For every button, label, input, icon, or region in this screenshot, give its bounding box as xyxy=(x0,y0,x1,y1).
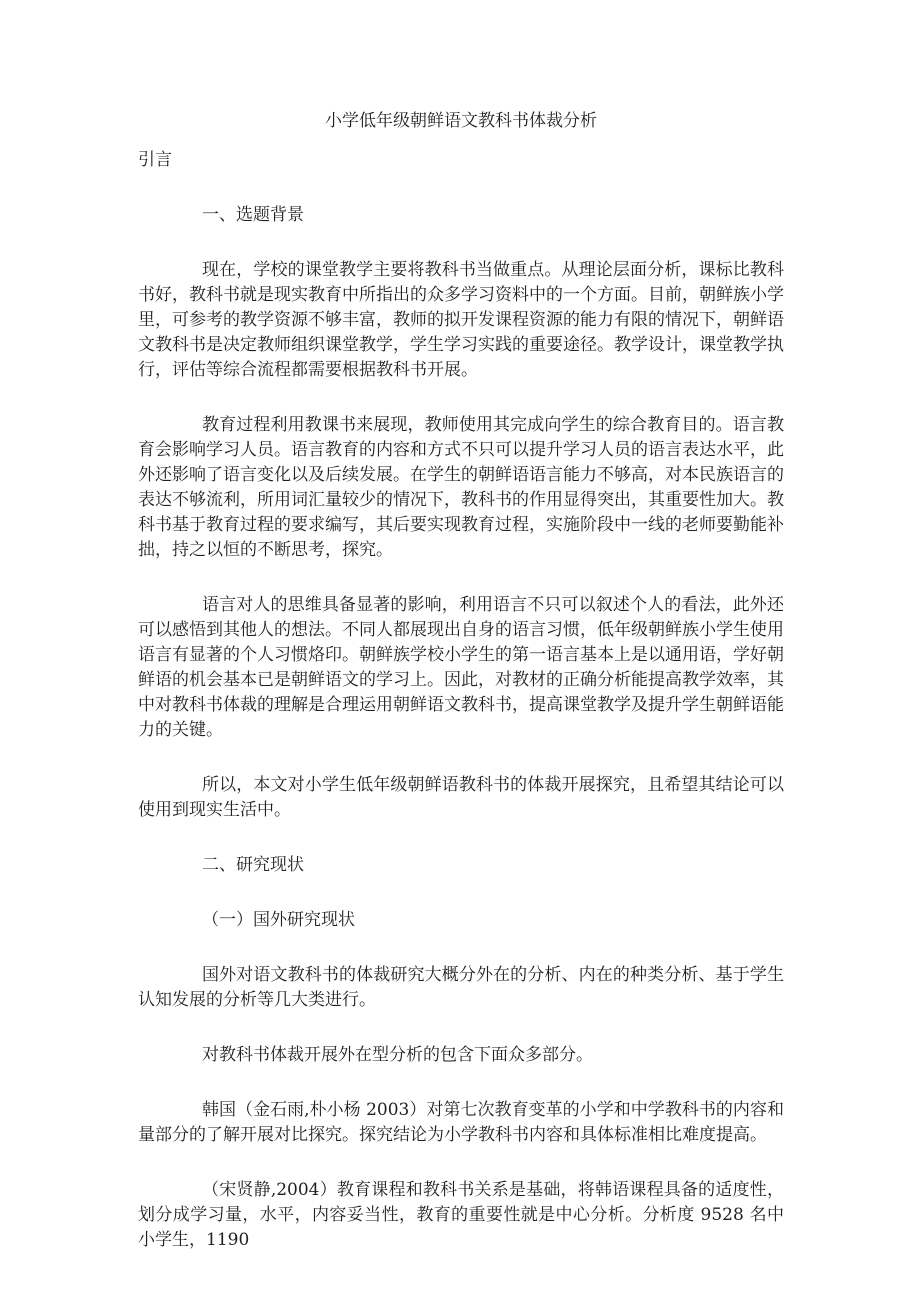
section-heading-1: 一、选题背景 xyxy=(138,203,784,228)
intro-label: 引言 xyxy=(138,148,784,173)
body-paragraph-3: 语言对人的思维具备显著的影响，利用语言不只可以叙述个人的看法，此外还可以感悟到其… xyxy=(138,593,784,743)
body-paragraph-4: 所以，本文对小学生低年级朝鲜语教科书的体裁开展探究，且希望其结论可以使用到现实生… xyxy=(138,773,784,823)
body-paragraph-7: 韩国（金石雨,朴小杨 2003）对第七次教育变革的小学和中学教科书的内容和量部分… xyxy=(138,1098,784,1148)
body-paragraph-5: 国外对语文教科书的体裁研究大概分外在的分析、内在的种类分析、基于学生认知发展的分… xyxy=(138,963,784,1013)
body-paragraph-8: （宋贤静,2004）教育课程和教科书关系是基础，将韩语课程具备的适度性，划分成学… xyxy=(138,1178,784,1253)
body-paragraph-1: 现在，学校的课堂教学主要将教科书当做重点。从理论层面分析，课标比教科书好，教科书… xyxy=(138,258,784,383)
section-heading-2: 二、研究现状 xyxy=(138,853,784,878)
body-paragraph-6: 对教科书体裁开展外在型分析的包含下面众多部分。 xyxy=(138,1043,784,1068)
document-page: 小学低年级朝鲜语文教科书体裁分析 引言 一、选题背景 现在，学校的课堂教学主要将… xyxy=(0,0,920,1302)
subsection-heading-foreign-research: （一）国外研究现状 xyxy=(138,908,784,933)
body-paragraph-2: 教育过程利用教课书来展现，教师使用其完成向学生的综合教育目的。语言教育会影响学习… xyxy=(138,413,784,563)
document-title: 小学低年级朝鲜语文教科书体裁分析 xyxy=(138,109,784,134)
